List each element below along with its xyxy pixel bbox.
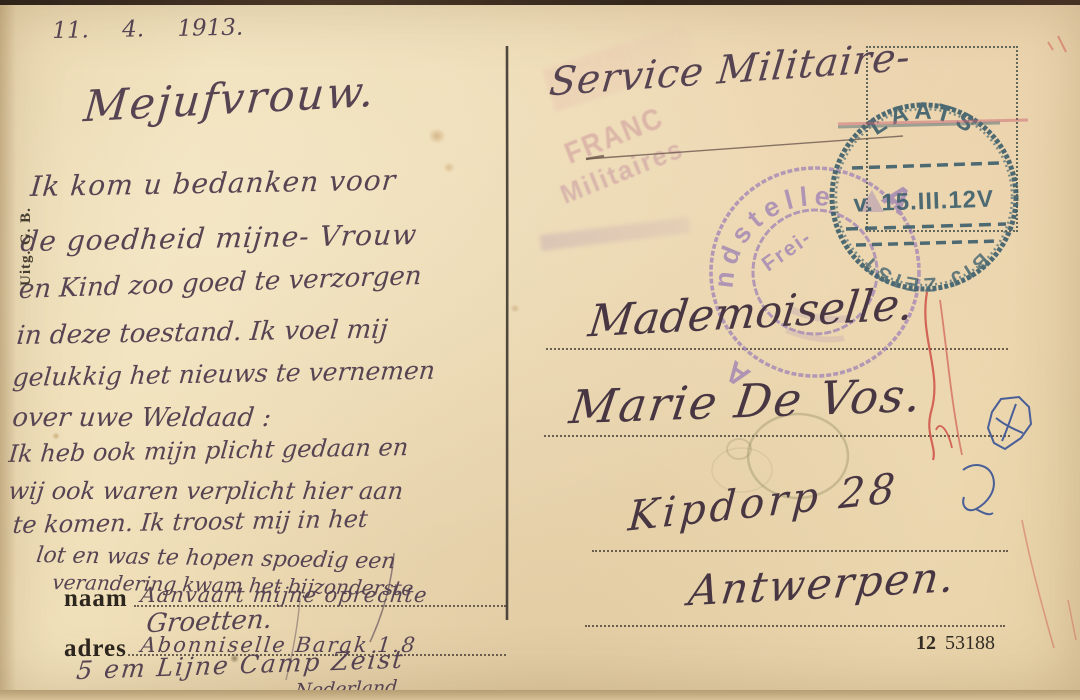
serial-digits: 53188 [945,632,995,654]
naam-label: naam [64,585,128,613]
message-line: wij ook waren verplicht hier aan [7,477,405,505]
message-line: over uwe Weldaad : [11,403,273,433]
closing-line: Aanvaart mijne oprechte [139,583,428,607]
stain-spot [230,654,239,663]
postcard-scan: 11. 4. 1913. Mejufvrouw. Ik kom u bedank… [0,4,1080,690]
serial-prefix: 12 [916,632,936,654]
message-line: de goedheid mijne- Vrouw [19,218,419,258]
address-line-rule [585,607,1005,627]
message-line: Ik heb ook mijn plicht gedaan en [8,433,410,468]
stain-spot [443,162,455,173]
publisher-imprint: Uitg. G. B. [18,207,35,286]
serial-number: 1253188 [916,632,995,655]
message-line: en Kind zoo goed te verzorgen [18,261,423,305]
message-line: Ik kom u bedanken voor [29,164,398,203]
service-militaire-note: Service Militaire- [547,35,913,106]
recipient-line: Kipdorp 28 [627,464,901,541]
scan-bottom-strip [0,690,1080,700]
message-line: gelukkig het nieuws te vernemen [11,356,436,392]
recipient-line: Antwerpen. [686,552,959,615]
ink-smudge [540,217,691,251]
message-line: te komen. Ik troost mij in het [12,505,369,539]
message-line: lot en was te hopen spoedig een [35,543,397,574]
card-left-edge [0,4,16,690]
stain-spot [510,304,520,313]
scan-top-strip [0,0,1080,5]
stain-spot [428,128,446,144]
date-line: 11. 4. 1913. [52,15,243,44]
salutation: Mejufvrouw. [82,67,378,133]
message-line: in deze toestand. Ik voel mij [15,315,389,352]
stain-spot [52,432,60,440]
